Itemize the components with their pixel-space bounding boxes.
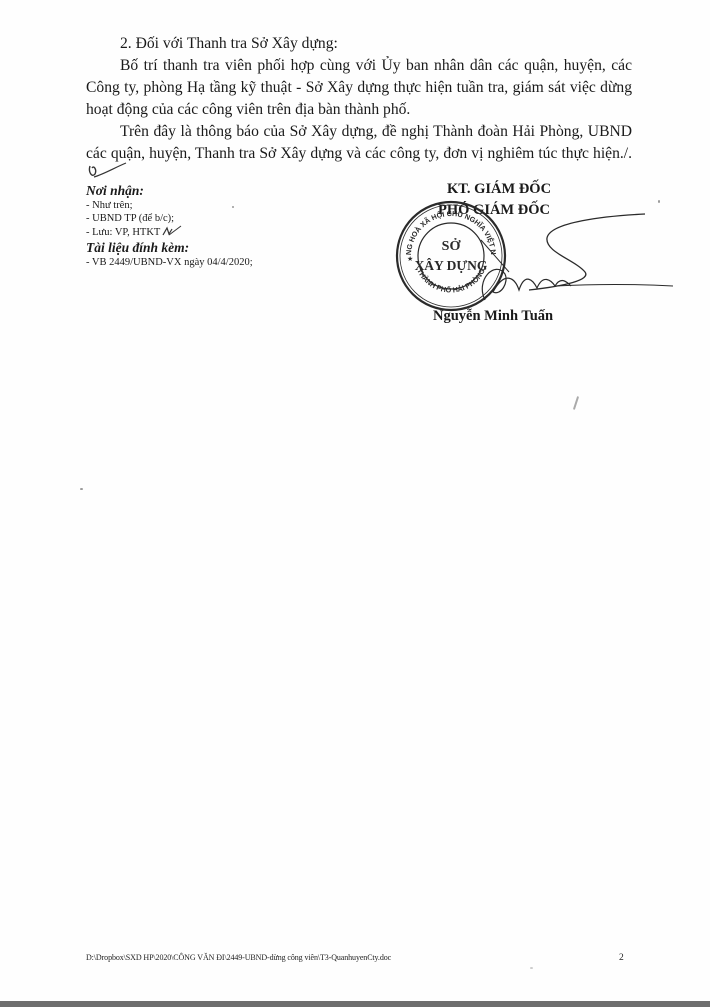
footer-page-number: 2: [619, 953, 624, 963]
recipients-title: Nơi nhận:: [86, 183, 346, 199]
document-body: 2. Đối với Thanh tra Sở Xây dựng: Bố trí…: [86, 33, 632, 187]
paragraph-conclusion: Trên đây là thông báo của Sở Xây dựng, đ…: [86, 121, 632, 187]
scan-border: [0, 1001, 710, 1007]
initial-mark-icon: [86, 166, 132, 184]
recipient-item: - Lưu: VP, HTKT: [86, 225, 346, 239]
recipients-block: Nơi nhận: - Như trên; - UBND TP (để b/c)…: [86, 183, 346, 269]
signature-block: KT. GIÁM ĐỐC PHÓ GIÁM ĐỐC CỘNG HOÀ XÃ HỘ…: [405, 180, 665, 330]
paragraph-inspection: Bố trí thanh tra viên phối hợp cùng với …: [86, 55, 632, 121]
recipient-item: - Như trên;: [86, 199, 346, 212]
initial-mark-icon: [161, 225, 183, 237]
signature-title-kt: KT. GIÁM ĐỐC: [447, 180, 551, 198]
paragraph-conclusion-text: Trên đây là thông báo của Sở Xây dựng, đ…: [86, 123, 632, 162]
document-page: 2. Đối với Thanh tra Sở Xây dựng: Bố trí…: [0, 0, 710, 1001]
scan-speck: [573, 396, 579, 410]
attachments-title: Tài liệu đính kèm:: [86, 240, 346, 256]
scan-speck: [80, 488, 83, 490]
scan-speck: [232, 206, 234, 208]
section-heading: 2. Đối với Thanh tra Sở Xây dựng:: [86, 33, 632, 55]
svg-text:★: ★: [407, 255, 413, 263]
scan-speck: [658, 200, 660, 203]
handwritten-signature-icon: [445, 200, 675, 310]
attachment-item: - VB 2449/UBND-VX ngày 04/4/2020;: [86, 256, 346, 269]
footer-file-path: D:\Dropbox\SXD HP\2020\CÔNG VĂN ĐI\2449-…: [86, 953, 391, 962]
signatory-name: Nguyễn Minh Tuấn: [433, 308, 553, 325]
scan-speck: [530, 967, 533, 969]
recipient-item-text: - Lưu: VP, HTKT: [86, 227, 160, 238]
recipient-item: - UBND TP (để b/c);: [86, 212, 346, 225]
